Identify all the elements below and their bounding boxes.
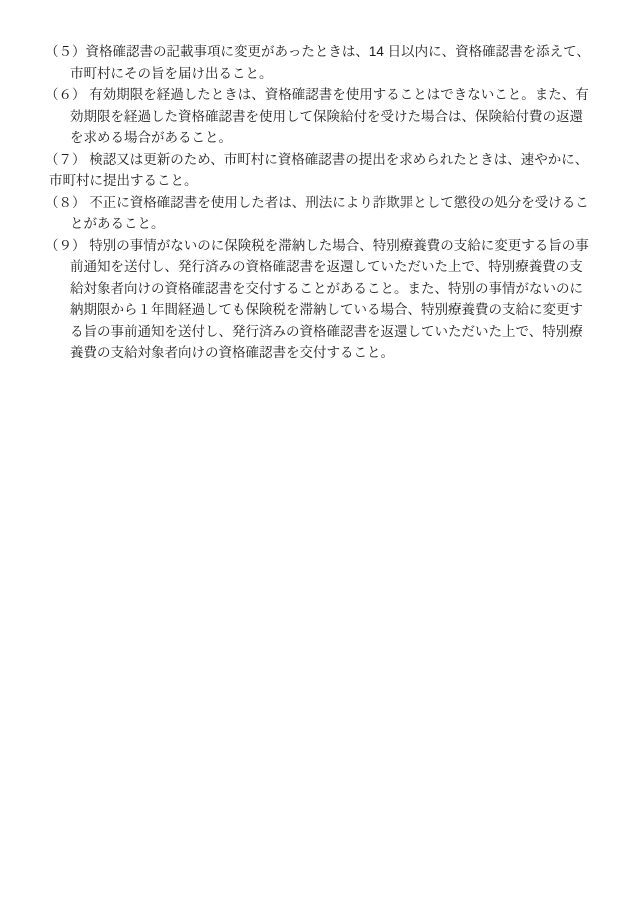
list-item-9: （９） 特別の事情がないのに保険税を滞納した場合、特別療養費の支給に変更する旨の…	[45, 235, 610, 364]
text-line: （８） 不正に資格確認書を使用した者は、刑法により詐欺罪として懲役の処分を受ける…	[45, 192, 610, 214]
document-page: （５）資格確認書の記載事項に変更があったときは、14 日以内に、資格確認書を添え…	[0, 0, 630, 903]
document-body: （５）資格確認書の記載事項に変更があったときは、14 日以内に、資格確認書を添え…	[45, 41, 610, 364]
text-line: を求める場合があること。	[70, 127, 610, 149]
text-line: 養費の支給対象者向けの資格確認書を交付すること。	[70, 342, 610, 364]
text-line: 納期限から１年間経過しても保険税を滞納している場合、特別療養費の支給に変更す	[70, 299, 610, 321]
text-line: る旨の事前通知を送付し、発行済みの資格確認書を返還していただいた上で、特別療	[70, 321, 610, 343]
list-item-6: （６） 有効期限を経過したときは、資格確認書を使用することはできないこと。また、…	[45, 84, 610, 149]
text-line: 効期限を経過した資格確認書を使用して保険給付を受けた場合は、保険給付費の返還	[70, 106, 610, 128]
text-line: （７） 検認又は更新のため、市町村に資格確認書の提出を求められたときは、速やかに…	[45, 149, 610, 171]
list-item-7: （７） 検認又は更新のため、市町村に資格確認書の提出を求められたときは、速やかに…	[45, 149, 610, 192]
text-line: 給対象者向けの資格確認書を交付することがあること。また、特別の事情がないのに	[70, 278, 610, 300]
text-line: （６） 有効期限を経過したときは、資格確認書を使用することはできないこと。また、…	[45, 84, 610, 106]
text-line: （９） 特別の事情がないのに保険税を滞納した場合、特別療養費の支給に変更する旨の…	[45, 235, 610, 257]
text-line: 市町村にその旨を届け出ること。	[70, 63, 610, 85]
list-item-8: （８） 不正に資格確認書を使用した者は、刑法により詐欺罪として懲役の処分を受ける…	[45, 192, 610, 235]
text-line: 前通知を送付し、発行済みの資格確認書を返還していただいた上で、特別療養費の支	[70, 256, 610, 278]
text-line: 市町村に提出すること。	[49, 170, 610, 192]
list-item-5: （５）資格確認書の記載事項に変更があったときは、14 日以内に、資格確認書を添え…	[45, 41, 610, 84]
text-line: （５）資格確認書の記載事項に変更があったときは、14 日以内に、資格確認書を添え…	[45, 41, 610, 63]
text-line: とがあること。	[70, 213, 610, 235]
